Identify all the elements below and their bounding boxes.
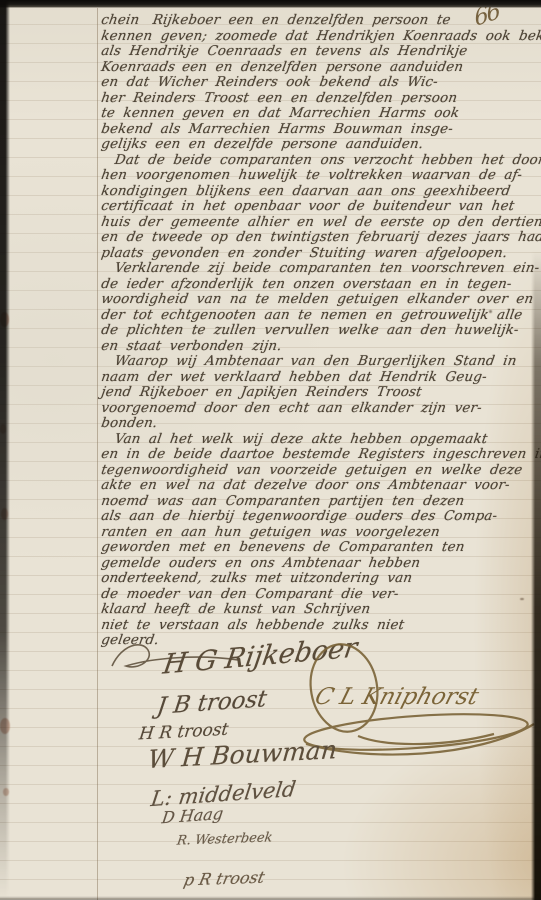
text-line: Koenraads een en denzelfden persone aand… (100, 60, 541, 76)
text-line: plaats gevonden en zonder Stuiting waren… (100, 246, 541, 262)
text-line: chein Rijkeboer een en denzelfden persoo… (100, 13, 541, 29)
ink-speck (520, 598, 524, 600)
signature-pr-troost: p R troost (182, 868, 266, 890)
text-line: en dat Wicher Reinders ook bekend als Wi… (100, 75, 541, 91)
text-line: huis der gemeente alhier en wel de eerst… (100, 215, 541, 231)
text-line: geworden met en benevens de Comparanten … (100, 540, 541, 556)
text-line: als Hendrikje Coenraads en tevens als He… (100, 44, 541, 60)
binding-edge-left (0, 0, 10, 900)
text-line: hen voorgenomen huwelijk te voltrekken w… (100, 168, 541, 184)
binding-edge-top (0, 0, 541, 8)
text-line: bonden. (100, 416, 541, 432)
manuscript-page: 66 chein Rijkeboer een en denzelfden per… (0, 0, 541, 900)
text-line: gelijks een en dezelfde persone aanduide… (100, 137, 541, 153)
text-line: kondigingen blijkens een daarvan aan ons… (100, 184, 541, 200)
text-line: te kennen geven en dat Marrechien Harms … (100, 106, 541, 122)
text-line: jend Rijkeboer en Japikjen Reinders Troo… (100, 385, 541, 401)
text-line: en in de beide daartoe bestemde Register… (100, 447, 541, 463)
text-line: Verklarende zij beide comparanten ten vo… (100, 261, 541, 277)
text-line: Van al het welk wij deze akte hebben opg… (100, 432, 541, 448)
text-line: kennen geven; zoomede dat Hendrikjen Koe… (100, 29, 541, 45)
text-line: naam der wet verklaard hebben dat Hendri… (100, 370, 541, 386)
signature-westerbeek: R. Westerbeek (176, 830, 273, 848)
text-line: en de tweede op den twintigsten februari… (100, 230, 541, 246)
text-line: Dat de beide comparanten ons verzocht he… (100, 153, 541, 169)
text-line: klaard heeft de kunst van Schrijven (100, 602, 541, 618)
text-line: niet te verstaan als hebbende zulks niet (100, 618, 541, 634)
text-line: ranten en aan hun getuigen was voorgelez… (100, 525, 541, 541)
text-line: der tot echtgenooten aan te nemen en get… (100, 308, 541, 324)
signature-jb-troost: J B troost (155, 686, 268, 720)
text-line: tegenwoordigheid van voorzeide getuigen … (100, 463, 541, 479)
text-line: gemelde ouders en ons Ambtenaar hebben (100, 556, 541, 572)
text-line: bekend als Marrechien Harms Bouwman insg… (100, 122, 541, 138)
page-edge-right (531, 250, 541, 900)
signature-haag: D Haag (161, 804, 225, 828)
text-line: de plichten te zullen vervullen welke aa… (100, 323, 541, 339)
text-line: en staat verbonden zijn. (100, 339, 541, 355)
text-line: her Reinders Troost een en denzelfden pe… (100, 91, 541, 107)
text-line: de moeder van den Comparant die ver- (100, 587, 541, 603)
text-line: onderteekend, zulks met uitzondering van (100, 571, 541, 587)
text-line: noemd was aan Comparanten partijen ten d… (100, 494, 541, 510)
manuscript-text: chein Rijkeboer een en denzelfden persoo… (100, 13, 540, 649)
text-line: certificaat in het openbaar voor de buit… (100, 199, 541, 215)
margin-rule-line (97, 8, 98, 900)
text-line: de ieder afzonderlijk ten onzen overstaa… (100, 277, 541, 293)
page-edge-bottom (0, 896, 541, 900)
text-line: woordigheid van na te melden getuigen el… (100, 292, 541, 308)
text-line: als aan de hierbij tegenwoordige ouders … (100, 509, 541, 525)
text-line: Waarop wij Ambtenaar van den Burgerlijke… (100, 354, 541, 370)
text-line: akte en wel na dat dezelve door ons Ambt… (100, 478, 541, 494)
signature-kniphorst-name: C L Kniphorst (312, 682, 483, 709)
ink-speck (489, 310, 492, 313)
text-line: voorgenoemd door den echt aan elkander z… (100, 401, 541, 417)
